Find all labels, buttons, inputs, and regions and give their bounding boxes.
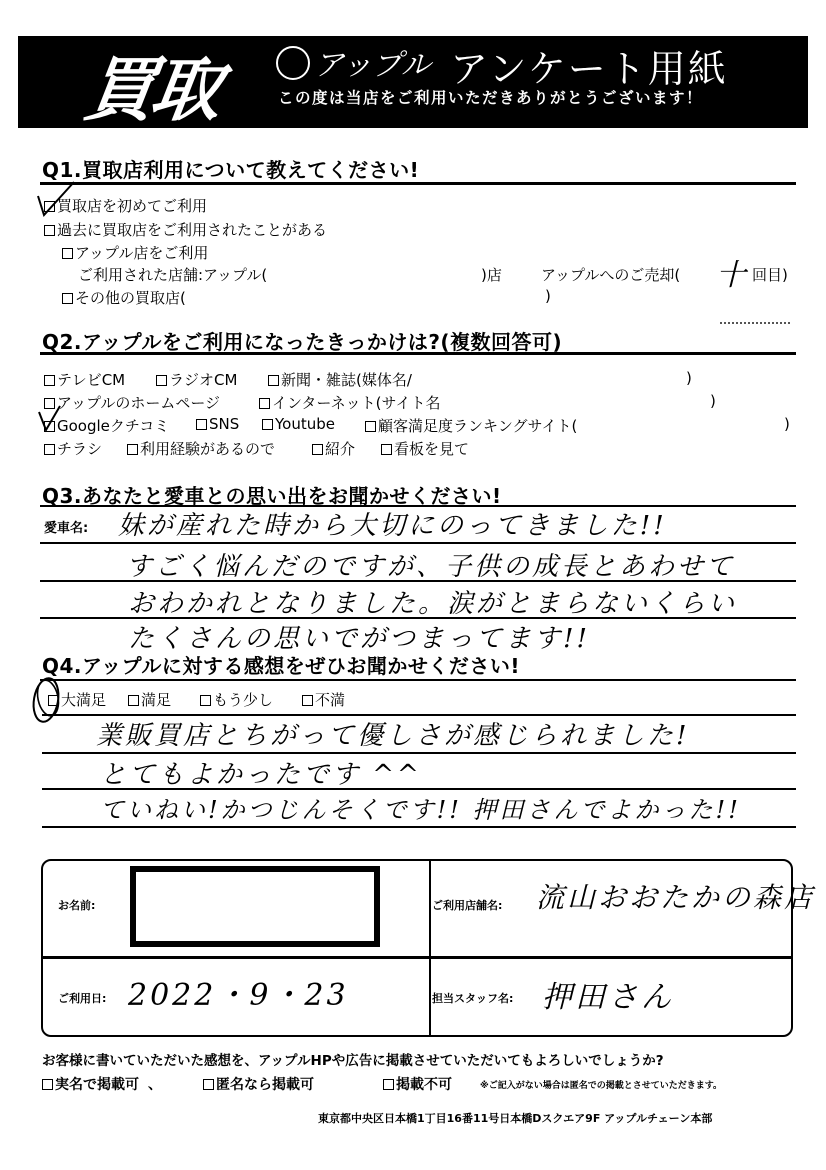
checkbox[interactable]	[259, 398, 270, 409]
q1-store-used-label: ご利用された店舗:アップル(	[78, 264, 267, 285]
q1-option-apple-store[interactable]: アップル店をご利用	[62, 242, 208, 263]
q2-option-newspaper[interactable]: 新聞・雑誌(媒体名/	[268, 369, 412, 390]
staff-label: 担当スタッフ名:	[432, 990, 513, 1006]
q1-divider	[40, 182, 796, 185]
name-field-redacted[interactable]	[130, 866, 380, 947]
q4-line	[40, 679, 796, 681]
brand-name: アップル	[314, 40, 431, 84]
date-label: ご利用日:	[58, 990, 106, 1006]
consent-separator: 、	[148, 1074, 162, 1094]
q4-rating-dissatisfied[interactable]: 不満	[302, 689, 345, 710]
checkbox[interactable]	[44, 225, 55, 236]
date-value[interactable]: 2022・9・23	[128, 970, 349, 1014]
q2-option-tv-cm[interactable]: テレビCM	[44, 369, 125, 390]
checkmark-icon	[38, 406, 68, 432]
q2-option-experience[interactable]: 利用経験があるので	[127, 438, 275, 459]
consent-option-real-name[interactable]: 実名で掲載可	[42, 1074, 139, 1094]
footer-address: 東京都中央区日本橋1丁目16番11号日本橋Dスクエア9F アップルチェーン本部	[318, 1110, 712, 1126]
store-label: ご利用店舗名:	[432, 897, 502, 913]
q2-option-flyer[interactable]: チラシ	[44, 438, 102, 459]
checkbox[interactable]	[200, 695, 211, 706]
q4-line	[42, 826, 796, 828]
q1-title: Q1.買取店利用について教えてください!	[42, 154, 419, 183]
page-subtitle: この度は当店をご利用いただきありがとうございます！	[278, 86, 703, 108]
checkbox[interactable]	[203, 1079, 214, 1090]
checkbox[interactable]	[62, 248, 73, 259]
checkbox[interactable]	[268, 375, 279, 386]
q2-ranking-close: )	[784, 415, 790, 433]
q2-option-youtube[interactable]: Youtube	[262, 415, 335, 433]
q2-option-internet[interactable]: インターネット(サイト名	[259, 392, 440, 413]
q2-option-homepage[interactable]: アップルのホームページ	[44, 392, 220, 413]
q2-option-ranking-site[interactable]: 顧客満足度ランキングサイト(	[365, 415, 577, 436]
q2-internet-close: )	[710, 392, 716, 410]
q2-newspaper-close: )	[686, 369, 692, 387]
header-banner: 買取 アップル アンケート用紙 この度は当店をご利用いただきありがとうございます…	[18, 36, 808, 128]
scan-artifact	[720, 322, 790, 326]
q4-answer-line-2[interactable]: とてもよかったです ^^	[100, 754, 422, 791]
checkbox[interactable]	[365, 421, 376, 432]
checkbox[interactable]	[42, 1079, 53, 1090]
checkbox[interactable]	[381, 444, 392, 455]
consent-option-anonymous[interactable]: 匿名なら掲載可	[203, 1074, 314, 1094]
q4-answer-line-1[interactable]: 業販買店とちがって優しさが感じられました!	[96, 715, 689, 752]
checkbox[interactable]	[156, 375, 167, 386]
q2-option-sns[interactable]: SNS	[196, 415, 239, 433]
staff-value[interactable]: 押田さん	[542, 972, 674, 1016]
circle-mark-icon	[28, 672, 72, 726]
name-label: お名前:	[58, 897, 95, 913]
consent-option-no-publish[interactable]: 掲載不可	[383, 1074, 452, 1094]
q2-option-referral[interactable]: 紹介	[312, 438, 355, 459]
checkbox[interactable]	[312, 444, 323, 455]
q2-divider	[40, 352, 796, 355]
consent-question: お客様に書いていただいた感想を、アップルHPや広告に掲載させていただいてもよろし…	[42, 1049, 664, 1069]
q1-store-used-suffix: )店	[481, 264, 502, 285]
q1-other-close: )	[545, 287, 551, 305]
checkbox[interactable]	[127, 444, 138, 455]
consent-note: ※ご記入がない場合は匿名での掲載とさせていただきます。	[480, 1078, 722, 1091]
kaitori-logo: 買取	[79, 34, 225, 135]
info-divider-horizontal	[43, 956, 791, 959]
checkbox[interactable]	[383, 1079, 394, 1090]
q1-sale-count-suffix: 回目)	[752, 264, 788, 285]
q3-answer-line-2[interactable]: すごく悩んだのですが、子供の成長とあわせて	[126, 546, 735, 583]
checkbox[interactable]	[44, 444, 55, 455]
checkbox[interactable]	[44, 375, 55, 386]
q4-rating-somewhat[interactable]: もう少し	[200, 689, 273, 710]
checkbox[interactable]	[128, 695, 139, 706]
store-value[interactable]: 流山おおたかの森店	[536, 876, 815, 916]
q4-rating-satisfied[interactable]: 満足	[128, 689, 171, 710]
q4-title: Q4.アップルに対する感想をぜひお聞かせください!	[42, 650, 520, 679]
checkmark-icon	[36, 178, 76, 218]
q3-answer-line-1[interactable]: 妹が産れた時から大切にのってきました!!	[118, 505, 667, 542]
checkbox[interactable]	[196, 419, 207, 430]
q1-sale-count-value[interactable]: 十	[716, 250, 749, 294]
q4-answer-line-3[interactable]: ていねい!かつじんそくです!! 押田さんでよかった!!	[100, 790, 741, 825]
checkbox[interactable]	[262, 419, 273, 430]
page-title: アンケート用紙	[450, 38, 728, 93]
q3-car-name-label: 愛車名:	[44, 517, 88, 536]
q2-option-signboard[interactable]: 看板を見て	[381, 438, 469, 459]
q2-option-radio-cm[interactable]: ラジオCM	[156, 369, 237, 390]
checkbox[interactable]	[62, 293, 73, 304]
q3-line	[40, 580, 796, 582]
q3-answer-line-3[interactable]: おわかれとなりました。涙がとまらないくらい	[128, 583, 737, 620]
q1-sale-count-label: アップルへのご売却(	[541, 264, 680, 285]
info-divider-vertical	[429, 861, 431, 1035]
checkbox[interactable]	[302, 695, 313, 706]
q3-line	[40, 542, 796, 544]
q2-title: Q2.アップルをご利用になったきっかけは?(複数回答可)	[42, 326, 562, 355]
apple-logo-icon	[276, 46, 310, 80]
q1-option-used-before[interactable]: 過去に買取店をご利用されたことがある	[44, 219, 327, 240]
q1-option-other-store[interactable]: その他の買取店(	[62, 287, 186, 308]
